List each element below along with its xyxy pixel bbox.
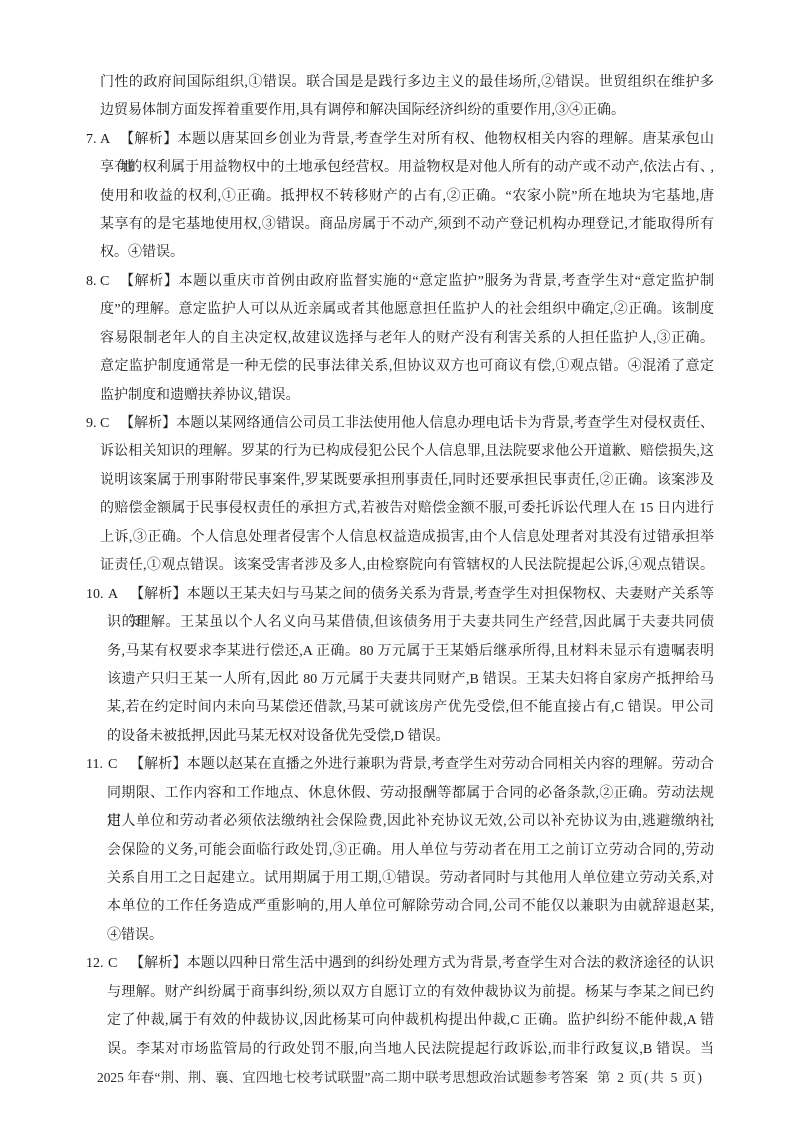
explanation-line: 监护制度和遗赠扶养协议,错误。 bbox=[0, 382, 800, 410]
explanation-line: 的设备未被抵押,因此马某无权对设备优先受偿,D 错误。 bbox=[0, 723, 800, 751]
explanation-line: 关系自用工之日起建立。试用期属于用工期,①错误。劳动者同时与其他用人单位建立劳动… bbox=[0, 865, 800, 893]
explanation-text: 享有的权利属于用益物权中的土地承包经营权。用益物权是对他人所有的动产或不动产,依… bbox=[100, 154, 714, 182]
explanation-text: 误。李某对市场监管局的行政处罚不服,向当地人民法院提起行政诉讼,而非行政复议,B… bbox=[107, 1036, 714, 1064]
explanation-line: 与理解。财产纠纷属于商事纠纷,须以双方自愿订立的有效仲裁协议为前提。杨某与李某之… bbox=[0, 979, 800, 1007]
continuation-line: 边贸易体制方面发挥着重要作用,具有调停和解决国际经济纠纷的重要作用,③④正确。 bbox=[0, 97, 800, 125]
explanation-line: 本题以某网络通信公司员工非法使用他人信息办理电话卡为背景,考查学生对侵权责任、 bbox=[176, 416, 714, 431]
explanation-text: 识的理解。王某虽以个人名义向马某借债,但该债务用于夫妻共同生产经营,因此属于夫妻… bbox=[107, 609, 714, 637]
explanation-line: 同期限、工作内容和工作地点、休息休假、劳动报酬等都属于合同的必备条款,②正确。劳… bbox=[0, 780, 800, 808]
explanation-text: 本单位的工作任务造成严重影响的,用人单位可解除劳动合同,公司不能仅以兼职为由就辞… bbox=[107, 893, 714, 921]
answer-letter: C bbox=[100, 268, 109, 296]
answer-letter: A bbox=[108, 581, 118, 609]
explanation-text: 容易限制老年人的自主决定权,故建议选择与老年人的财产没有利害关系的人担任监护人,… bbox=[100, 325, 714, 353]
analysis-tag: 【解析】 bbox=[130, 956, 187, 971]
explanation-text: 【解析】本题以赵某在直播之外进行兼职为背景,考查学生对劳动合同相关内容的理解。劳… bbox=[130, 751, 714, 779]
explanation-line: 识的理解。王某虽以个人名义向马某借债,但该债务用于夫妻共同生产经营,因此属于夫妻… bbox=[0, 609, 800, 637]
analysis-tag: 【解析】 bbox=[130, 757, 187, 772]
explanation-text: 同期限、工作内容和工作地点、休息休假、劳动报酬等都属于合同的必备条款,②正确。劳… bbox=[107, 780, 714, 808]
explanation-line: 本题以重庆市首例由政府监督实施的“意定监护”服务为背景,考查学生对“意定监护制 bbox=[178, 274, 714, 289]
explanation-line: 上诉,③正确。个人信息处理者侵害个人信息权益造成损害,由个人信息处理者对其没有过… bbox=[0, 524, 800, 552]
explanation-text: 的赔偿金额属于民事侵权责任的承担方式,若被告对赔偿金额不服,可委托诉讼代理人在 … bbox=[100, 495, 714, 523]
explanation-text: 的设备未被抵押,因此马某无权对设备优先受偿,D 错误。 bbox=[107, 723, 714, 751]
explanation-text: 该遗产只归王某一人所有,因此 80 万元属于夫妻共同财产,B 错误。王某夫妇将自… bbox=[107, 666, 714, 694]
explanation-text: 务,马某有权要求李某进行偿还,A 正确。80 万元属于王某婚后继承所得,且材料未… bbox=[107, 638, 714, 666]
explanation-line: 说明该案属于刑事附带民事案件,罗某既要承担刑事责任,同时还要承担民事责任,②正确… bbox=[0, 467, 800, 495]
explanation-line: 误。李某对市场监管局的行政处罚不服,向当地人民法院提起行政诉讼,而非行政复议,B… bbox=[0, 1036, 800, 1064]
explanation-text: 某享有的是宅基地使用权,③错误。商品房属于不动产,须到不动产登记机构办理登记,才… bbox=[100, 211, 714, 239]
analysis-tag: 【解析】 bbox=[120, 416, 176, 431]
answer-document: 门性的政府间国际组织,①错误。联合国是是践行多边主义的最佳场所,②错误。世贸组织… bbox=[0, 69, 800, 1064]
continuation-line: 门性的政府间国际组织,①错误。联合国是是践行多边主义的最佳场所,②错误。世贸组织… bbox=[0, 69, 800, 97]
question-number: 7. bbox=[86, 126, 97, 154]
item-10-first-line: 10. A 【解析】本题以王某夫妇与马某之间的债务关系为背景,考查学生对担保物权… bbox=[0, 581, 800, 609]
explanation-line: 某,若在约定时间内未向马某偿还借款,马某可就该房产优先受偿,但不能直接占有,C … bbox=[0, 694, 800, 722]
explanation-line: 定了仲裁,属于有效的仲裁协议,因此杨某可向仲裁机构提出仲裁,C 正确。监护纠纷不… bbox=[0, 1007, 800, 1035]
explanation-line: 会保险的义务,可能会面临行政处罚,③正确。用人单位与劳动者在用工之前订立劳动合同… bbox=[0, 837, 800, 865]
continuation-text: 门性的政府间国际组织,①错误。联合国是是践行多边主义的最佳场所,②错误。世贸组织… bbox=[100, 69, 714, 97]
answer-letter: C bbox=[100, 410, 109, 438]
explanation-text: 【解析】本题以四种日常生活中遇到的纠纷处理方式为背景,考查学生对合法的救济途径的… bbox=[130, 950, 714, 978]
explanation-line: 本单位的工作任务造成严重影响的,用人单位可解除劳动合同,公司不能仅以兼职为由就辞… bbox=[0, 893, 800, 921]
explanation-line: 意定监护制度通常是一种无偿的民事法律关系,但协议双方也可商议有偿,①观点错。④混… bbox=[0, 353, 800, 381]
explanation-text: 度”的理解。意定监护人可以从近亲属或者其他愿意担任监护人的社会组织中确定,②正确… bbox=[100, 296, 714, 324]
answer-letter: A bbox=[100, 126, 110, 154]
explanation-text: 权。④错误。 bbox=[100, 239, 714, 267]
footer-title: 2025 年春“荆、荆、襄、宜四地七校考试联盟”高二期中联考思想政治试题参考答案 bbox=[97, 1064, 588, 1092]
explanation-text: ④错误。 bbox=[107, 922, 714, 950]
explanation-line: 务,马某有权要求李某进行偿还,A 正确。80 万元属于王某婚后继承所得,且材料未… bbox=[0, 638, 800, 666]
explanation-line: 某享有的是宅基地使用权,③错误。商品房属于不动产,须到不动产登记机构办理登记,才… bbox=[0, 211, 800, 239]
explanation-text: 使用和收益的权利,①正确。抵押权不转移财产的占有,②正确。“农家小院”所在地块为… bbox=[100, 183, 714, 211]
explanation-text: 【解析】本题以唐某回乡创业为背景,考查学生对所有权、他物权相关内容的理解。唐某承… bbox=[120, 126, 714, 154]
explanation-line: 该遗产只归王某一人所有,因此 80 万元属于夫妻共同财产,B 错误。王某夫妇将自… bbox=[0, 666, 800, 694]
question-number: 12. bbox=[86, 950, 104, 978]
explanation-line: 证责任,①观点错误。该案受害者涉及多人,由检察院向有管辖权的人民法院提起公诉,④… bbox=[0, 552, 800, 580]
explanation-line: 权。④错误。 bbox=[0, 239, 800, 267]
explanation-text: 关系自用工之日起建立。试用期属于用工期,①错误。劳动者同时与其他用人单位建立劳动… bbox=[107, 865, 714, 893]
explanation-line: 的赔偿金额属于民事侵权责任的承担方式,若被告对赔偿金额不服,可委托诉讼代理人在 … bbox=[0, 495, 800, 523]
item-8-first-line: 8. C 【解析】本题以重庆市首例由政府监督实施的“意定监护”服务为背景,考查学… bbox=[0, 268, 800, 296]
question-number: 8. bbox=[86, 268, 97, 296]
continuation-text: 边贸易体制方面发挥着重要作用,具有调停和解决国际经济纠纷的重要作用,③④正确。 bbox=[100, 97, 714, 125]
explanation-text: 定了仲裁,属于有效的仲裁协议,因此杨某可向仲裁机构提出仲裁,C 正确。监护纠纷不… bbox=[107, 1007, 714, 1035]
explanation-text: 某,若在约定时间内未向马某偿还借款,马某可就该房产优先受偿,但不能直接占有,C … bbox=[107, 694, 714, 722]
explanation-text: 意定监护制度通常是一种无偿的民事法律关系,但协议双方也可商议有偿,①观点错。④混… bbox=[100, 353, 714, 381]
explanation-line: ④错误。 bbox=[0, 922, 800, 950]
explanation-line: 用人单位和劳动者必须依法缴纳社会保险费,因此补充协议无效,公司以补充协议为由,逃… bbox=[0, 808, 800, 836]
explanation-line: 容易限制老年人的自主决定权,故建议选择与老年人的财产没有利害关系的人担任监护人,… bbox=[0, 325, 800, 353]
analysis-tag: 【解析】 bbox=[120, 132, 178, 147]
explanation-text: 用人单位和劳动者必须依法缴纳社会保险费,因此补充协议无效,公司以补充协议为由,逃… bbox=[107, 808, 714, 836]
explanation-text: 【解析】本题以王某夫妇与马某之间的债务关系为背景,考查学生对担保物权、夫妻财产关… bbox=[130, 581, 714, 609]
answer-letter: C bbox=[108, 950, 117, 978]
explanation-text: 上诉,③正确。个人信息处理者侵害个人信息权益造成损害,由个人信息处理者对其没有过… bbox=[100, 524, 714, 552]
item-11-first-line: 11. C 【解析】本题以赵某在直播之外进行兼职为背景,考查学生对劳动合同相关内… bbox=[0, 751, 800, 779]
answer-letter: C bbox=[108, 751, 117, 779]
explanation-line: 度”的理解。意定监护人可以从近亲属或者其他愿意担任监护人的社会组织中确定,②正确… bbox=[0, 296, 800, 324]
explanation-line: 使用和收益的权利,①正确。抵押权不转移财产的占有,②正确。“农家小院”所在地块为… bbox=[0, 183, 800, 211]
page-number: 第 2 页(共 5 页) bbox=[597, 1064, 702, 1092]
explanation-text: 与理解。财产纠纷属于商事纠纷,须以双方自愿订立的有效仲裁协议为前提。杨某与李某之… bbox=[107, 979, 714, 1007]
explanation-text: 会保险的义务,可能会面临行政处罚,③正确。用人单位与劳动者在用工之前订立劳动合同… bbox=[107, 837, 714, 865]
question-number: 9. bbox=[86, 410, 97, 438]
question-number: 11. bbox=[86, 751, 103, 779]
item-7-first-line: 7. A 【解析】本题以唐某回乡创业为背景,考查学生对所有权、他物权相关内容的理… bbox=[0, 126, 800, 154]
question-number: 10. bbox=[86, 581, 104, 609]
explanation-text: 【解析】本题以某网络通信公司员工非法使用他人信息办理电话卡为背景,考查学生对侵权… bbox=[120, 410, 714, 438]
item-12-first-line: 12. C 【解析】本题以四种日常生活中遇到的纠纷处理方式为背景,考查学生对合法… bbox=[0, 950, 800, 978]
explanation-text: 说明该案属于刑事附带民事案件,罗某既要承担刑事责任,同时还要承担民事责任,②正确… bbox=[100, 467, 714, 495]
explanation-line: 诉讼相关知识的理解。罗某的行为已构成侵犯公民个人信息罪,且法院要求他公开道歉、赔… bbox=[0, 438, 800, 466]
explanation-line: 本题以赵某在直播之外进行兼职为背景,考查学生对劳动合同相关内容的理解。劳动合 bbox=[187, 757, 714, 772]
explanation-text: 监护制度和遗赠扶养协议,错误。 bbox=[100, 382, 714, 410]
item-9-first-line: 9. C 【解析】本题以某网络通信公司员工非法使用他人信息办理电话卡为背景,考查… bbox=[0, 410, 800, 438]
analysis-tag: 【解析】 bbox=[130, 587, 187, 602]
explanation-line: 本题以四种日常生活中遇到的纠纷处理方式为背景,考查学生对合法的救济途径的认识 bbox=[187, 956, 714, 971]
explanation-line: 享有的权利属于用益物权中的土地承包经营权。用益物权是对他人所有的动产或不动产,依… bbox=[0, 154, 800, 182]
explanation-text: 证责任,①观点错误。该案受害者涉及多人,由检察院向有管辖权的人民法院提起公诉,④… bbox=[100, 552, 714, 580]
explanation-text: 诉讼相关知识的理解。罗某的行为已构成侵犯公民个人信息罪,且法院要求他公开道歉、赔… bbox=[100, 438, 714, 466]
analysis-tag: 【解析】 bbox=[120, 274, 178, 289]
explanation-text: 【解析】本题以重庆市首例由政府监督实施的“意定监护”服务为背景,考查学生对“意定… bbox=[120, 268, 714, 296]
